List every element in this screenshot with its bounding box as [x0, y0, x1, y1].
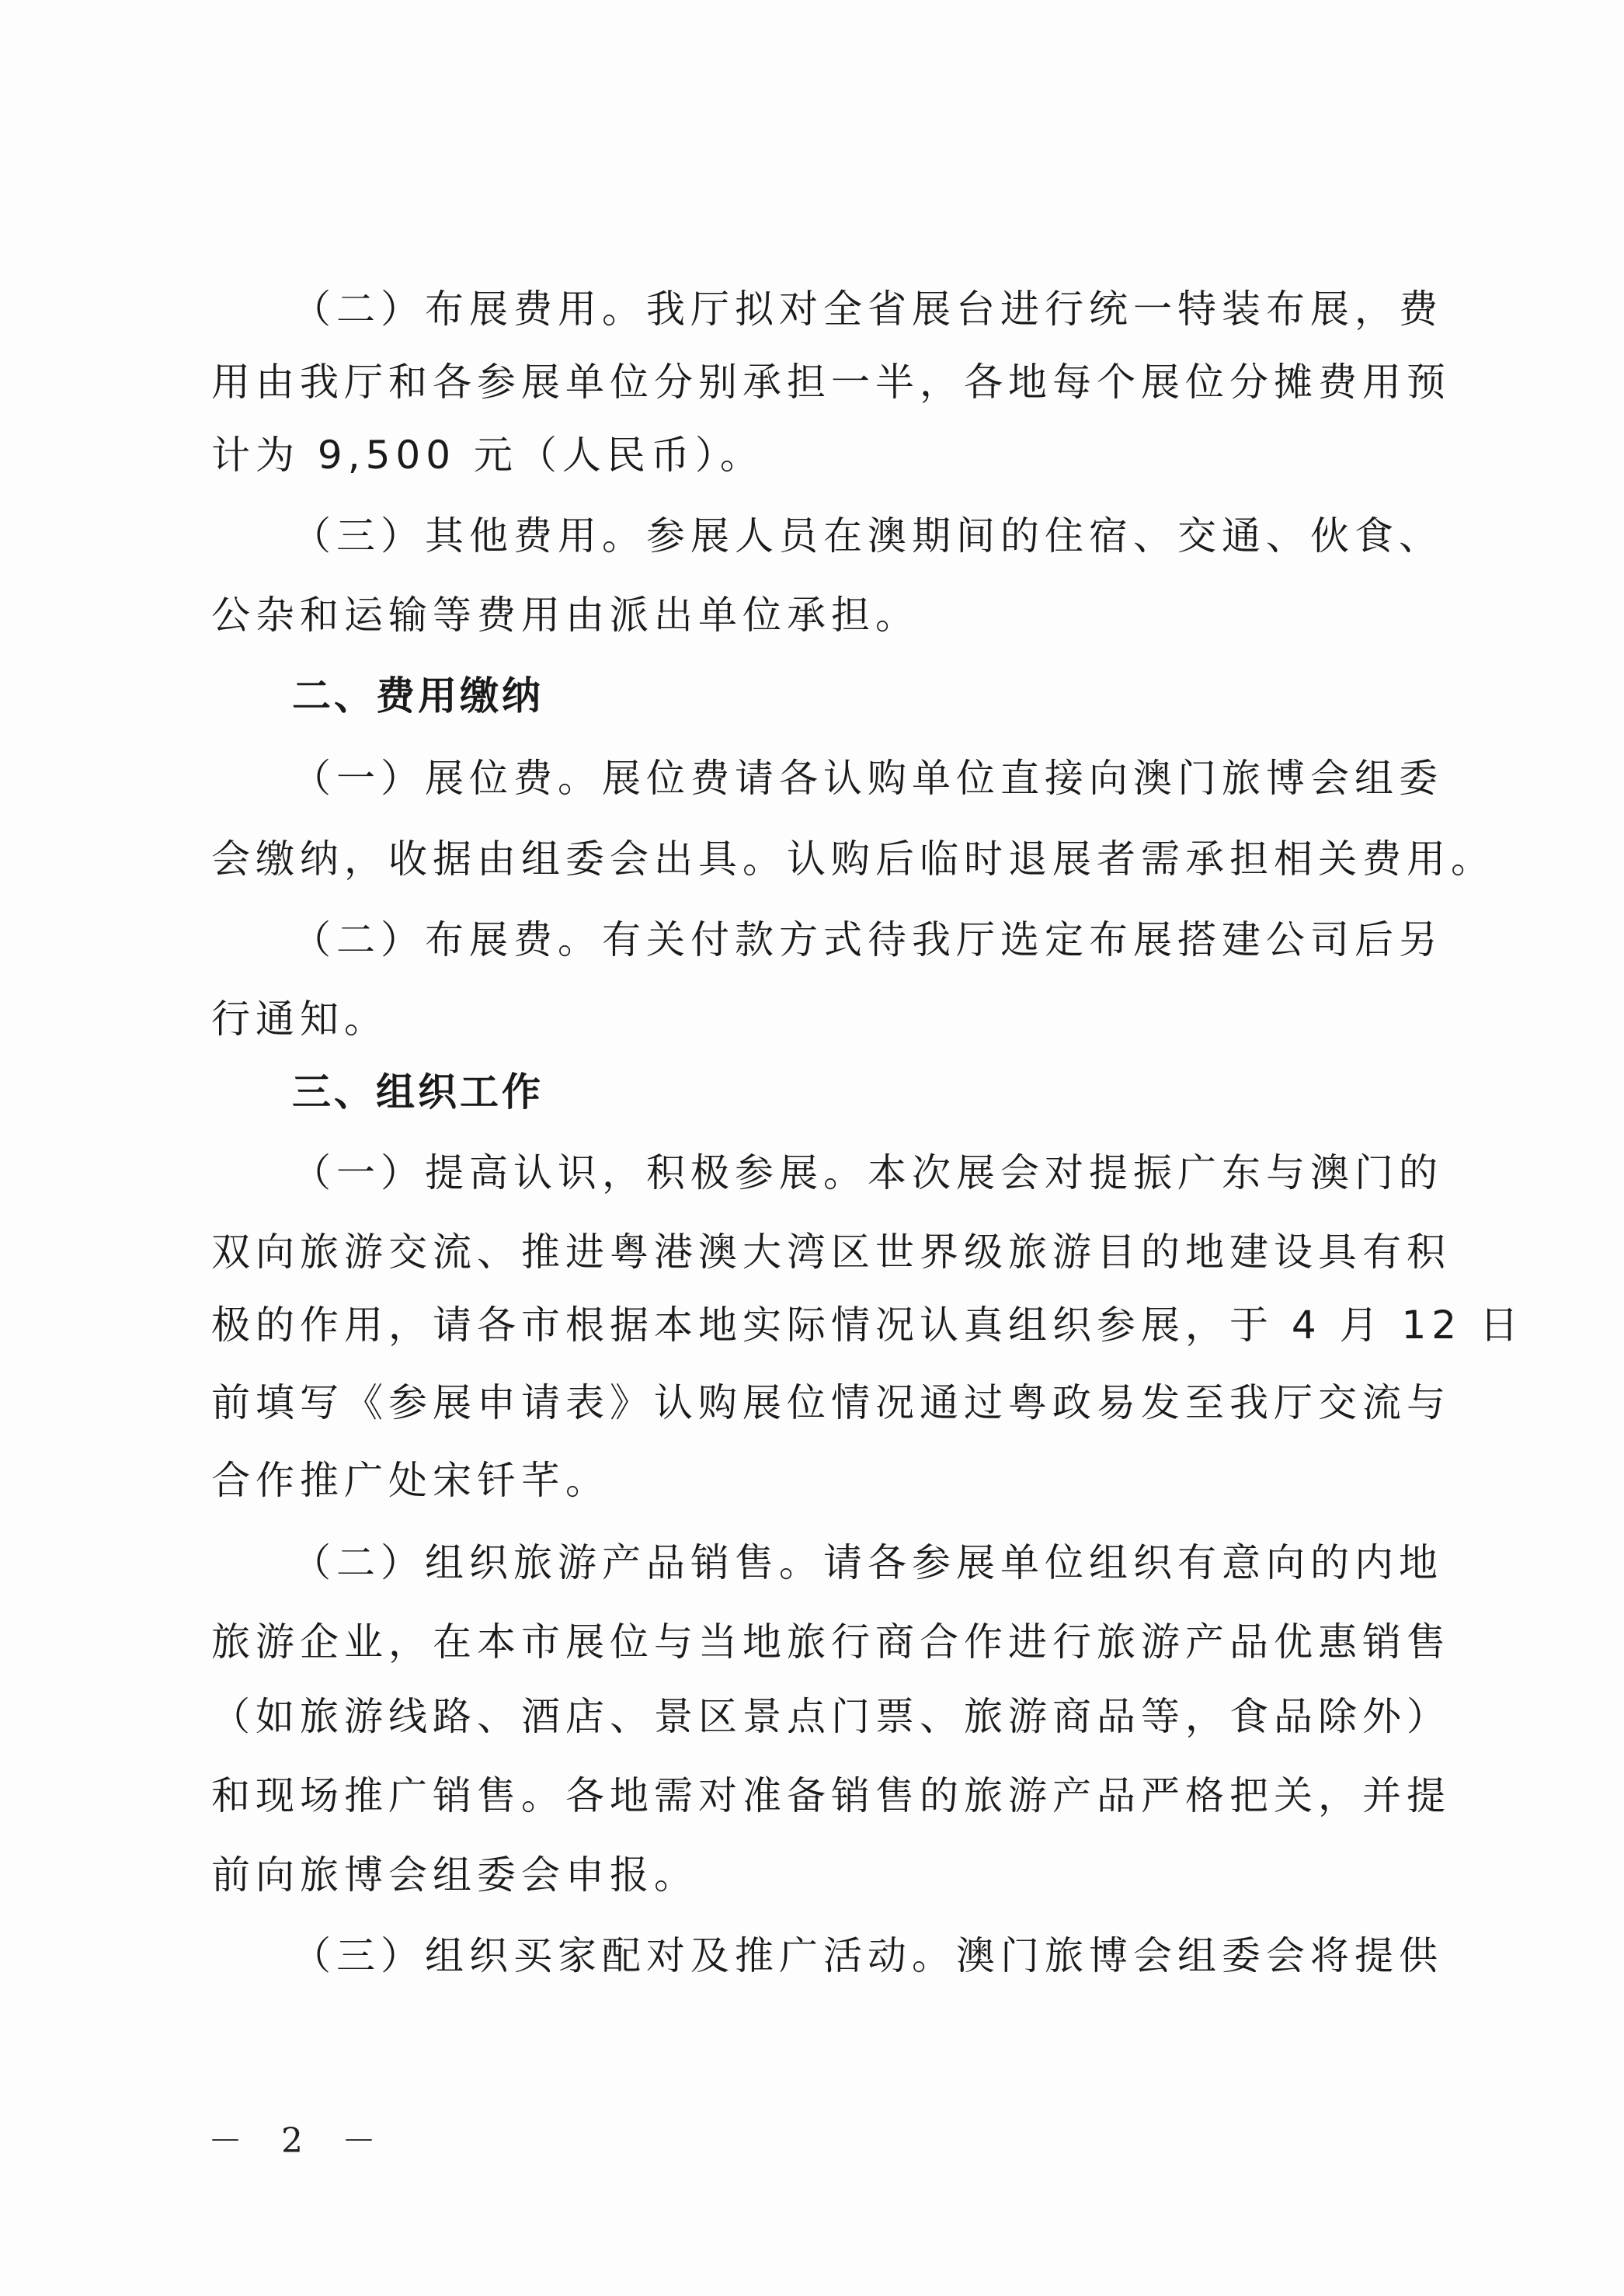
paragraph-line: 极的作用，请各市根据本地实际情况认真组织参展，于 4 月 12 日 — [211, 1302, 1423, 1348]
paragraph-line: 公杂和运输等费用由派出单位承担。 — [211, 592, 1423, 638]
paragraph-line: 会缴纳，收据由组委会出具。认购后临时退展者需承担相关费用。 — [211, 836, 1423, 882]
paragraph-line: 计为 9,500 元（人民币）。 — [211, 432, 1423, 478]
paragraph-line: （一）提高认识，积极参展。本次展会对提振广东与澳门的 — [292, 1150, 1423, 1196]
page-number: － 2 － — [208, 2113, 390, 2162]
section-heading: 二、费用缴纳 — [292, 673, 544, 719]
section-heading: 三、组织工作 — [292, 1069, 544, 1115]
paragraph-line: 旅游企业，在本市展位与当地旅行商合作进行旅游产品优惠销售 — [211, 1619, 1423, 1665]
paragraph-line: 行通知。 — [211, 996, 1423, 1042]
paragraph-line: （三）组织买家配对及推广活动。澳门旅博会组委会将提供 — [292, 1932, 1423, 1979]
paragraph-line: （二）布展费用。我厅拟对全省展台进行统一特装布展，费 — [292, 286, 1423, 332]
paragraph-line: （如旅游线路、酒店、景区景点门票、旅游商品等，食品除外） — [211, 1693, 1423, 1740]
paragraph-line: 合作推广处宋钎芊。 — [211, 1457, 1423, 1504]
paragraph-line: 前向旅博会组委会申报。 — [211, 1852, 1423, 1898]
document-page: （二）布展费用。我厅拟对全省展台进行统一特装布展，费 用由我厅和各参展单位分别承… — [0, 0, 1624, 2296]
paragraph-line: 前填写《参展申请表》认购展位情况通过粤政易发至我厅交流与 — [211, 1379, 1423, 1426]
paragraph-line: （二）布展费。有关付款方式待我厅选定布展搭建公司后另 — [292, 917, 1423, 963]
paragraph-line: 和现场推广销售。各地需对准备销售的旅游产品严格把关，并提 — [211, 1772, 1423, 1819]
paragraph-line: 用由我厅和各参展单位分别承担一半，各地每个展位分摊费用预 — [211, 359, 1423, 405]
paragraph-line: （一）展位费。展位费请各认购单位直接向澳门旅博会组委 — [292, 755, 1423, 802]
paragraph-line: （三）其他费用。参展人员在澳期间的住宿、交通、伙食、 — [292, 513, 1423, 559]
paragraph-line: 双向旅游交流、推进粤港澳大湾区世界级旅游目的地建设具有积 — [211, 1229, 1423, 1275]
paragraph-line: （二）组织旅游产品销售。请各参展单位组织有意向的内地 — [292, 1539, 1423, 1586]
